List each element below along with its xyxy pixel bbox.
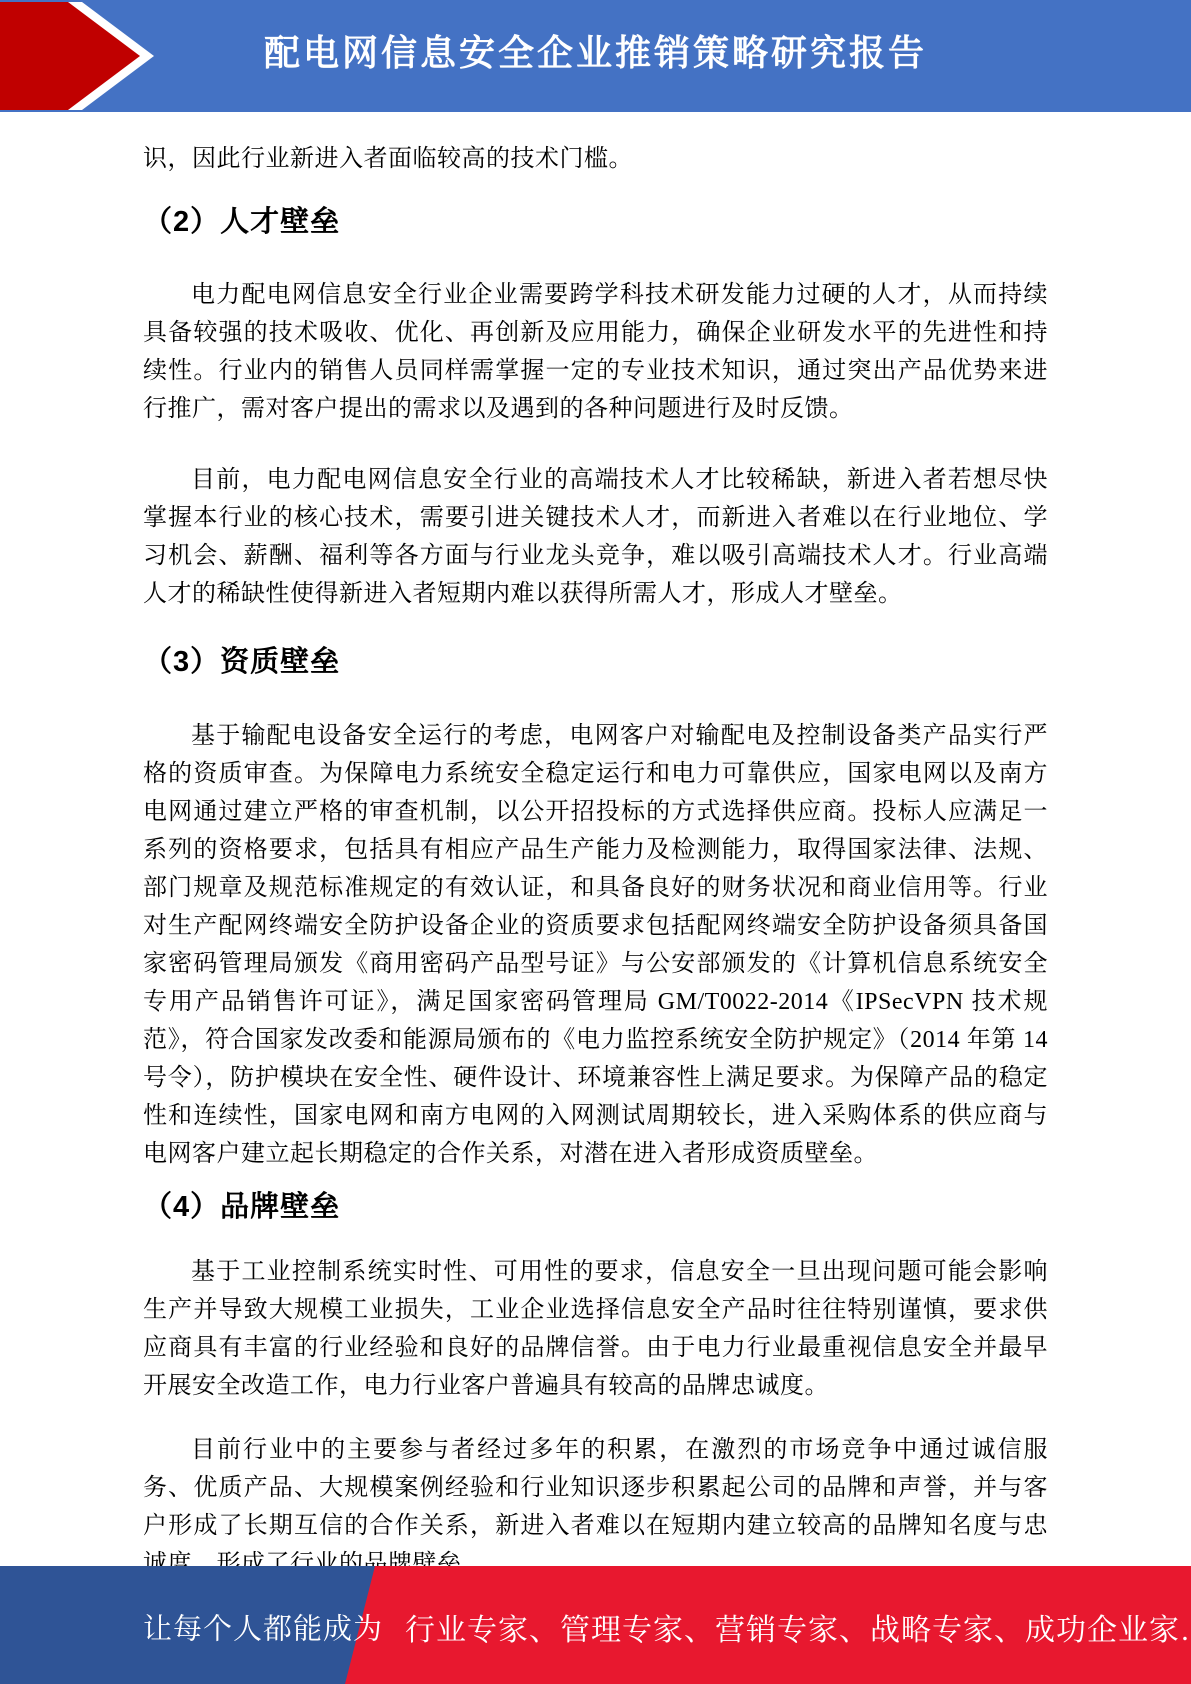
report-page: 配电网信息安全企业推销策略研究报告 识，因此行业新进入者面临较高的技术门槛。 （… [0,0,1191,1684]
section-heading-qualification-barrier: （3）资质壁垒 [143,642,1048,682]
document-body: 识，因此行业新进入者面临较高的技术门槛。 （2）人才壁垒 电力配电网信息安全行业… [143,112,1048,1627]
paragraph-continued: 识，因此行业新进入者面临较高的技术门槛。 [143,140,1048,178]
footer-slogan-right: 行业专家、管理专家、营销专家、战略专家、成功企业家…… [405,1605,1191,1649]
paragraph: 目前，电力配电网信息安全行业的高端技术人才比较稀缺，新进入者若想尽快掌握本行业的… [143,461,1048,613]
paragraph: 基于输配电设备安全运行的考虑，电网客户对输配电及控制设备类产品实行严格的资质审查… [143,717,1048,1173]
paragraph: 基于工业控制系统实时性、可用性的要求，信息安全一旦出现问题可能会影响生产并导致大… [143,1253,1048,1405]
report-title: 配电网信息安全企业推销策略研究报告 [0,0,1191,112]
header-banner: 配电网信息安全企业推销策略研究报告 [0,0,1191,112]
paragraph: 电力配电网信息安全行业企业需要跨学科技术研发能力过硬的人才，从而持续具备较强的技… [143,276,1048,428]
section-heading-talent-barrier: （2）人才壁垒 [143,202,1048,242]
footer-slogan-left: 让每个人都能成为 [143,1607,383,1648]
footer-banner: 让每个人都能成为 行业专家、管理专家、营销专家、战略专家、成功企业家…… [0,1566,1191,1684]
section-heading-brand-barrier: （4）品牌壁垒 [143,1187,1048,1227]
paragraph: 目前行业中的主要参与者经过多年的积累，在激烈的市场竞争中通过诚信服务、优质产品、… [143,1431,1048,1583]
